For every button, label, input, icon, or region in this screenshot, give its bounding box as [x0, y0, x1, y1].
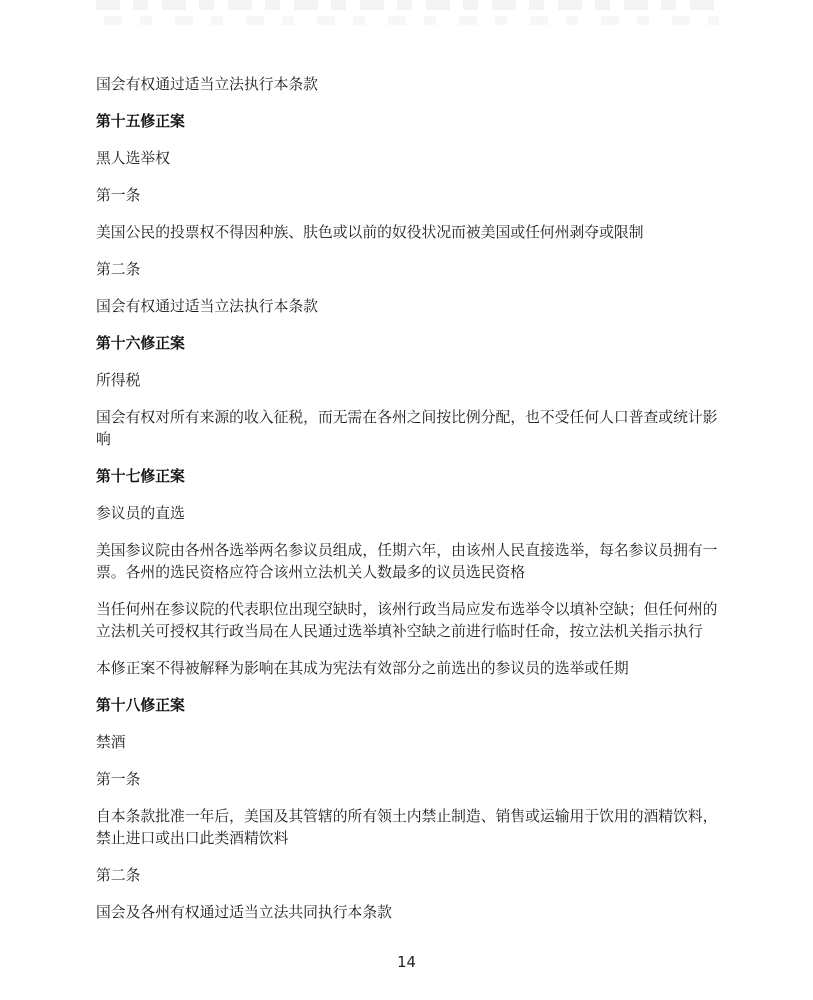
body-paragraph: 国会有权对所有来源的收入征税，而无需在各州之间按比例分配，也不受任何人口普查或统…	[96, 407, 719, 451]
body-paragraph: 国会及各州有权通过适当立法共同执行本条款	[96, 902, 719, 924]
body-paragraph: 自本条款批准一年后，美国及其管辖的所有领土内禁止制造、销售或运输用于饮用的酒精饮…	[96, 806, 719, 850]
amendment-heading: 第十五修正案	[96, 111, 719, 133]
body-paragraph: 第一条	[96, 769, 719, 791]
body-paragraph: 第二条	[96, 259, 719, 281]
body-paragraph: 国会有权通过适当立法执行本条款	[96, 74, 719, 96]
amendment-heading: 第十六修正案	[96, 333, 719, 355]
body-paragraph: 黑人选举权	[96, 148, 719, 170]
body-paragraph: 所得税	[96, 370, 719, 392]
page-number: 14	[0, 952, 813, 974]
body-paragraph: 第二条	[96, 865, 719, 887]
body-paragraph: 参议员的直选	[96, 503, 719, 525]
cropped-previous-line-fragments	[96, 0, 719, 28]
body-paragraph: 第一条	[96, 185, 719, 207]
body-paragraph: 美国公民的投票权不得因种族、肤色或以前的奴役状况而被美国或任何州剥夺或限制	[96, 222, 719, 244]
amendment-heading: 第十七修正案	[96, 466, 719, 488]
body-paragraph: 禁酒	[96, 732, 719, 754]
document-body: 国会有权通过适当立法执行本条款第十五修正案黑人选举权第一条美国公民的投票权不得因…	[96, 74, 719, 939]
body-paragraph: 本修正案不得被解释为影响在其成为宪法有效部分之前选出的参议员的选举或任期	[96, 658, 719, 680]
body-paragraph: 当任何州在参议院的代表职位出现空缺时，该州行政当局应发布选举令以填补空缺；但任何…	[96, 599, 719, 643]
body-paragraph: 美国参议院由各州各选举两名参议员组成，任期六年，由该州人民直接选举，每名参议员拥…	[96, 540, 719, 584]
body-paragraph: 国会有权通过适当立法执行本条款	[96, 296, 719, 318]
amendment-heading: 第十八修正案	[96, 695, 719, 717]
document-page: 国会有权通过适当立法执行本条款第十五修正案黑人选举权第一条美国公民的投票权不得因…	[0, 0, 813, 1000]
